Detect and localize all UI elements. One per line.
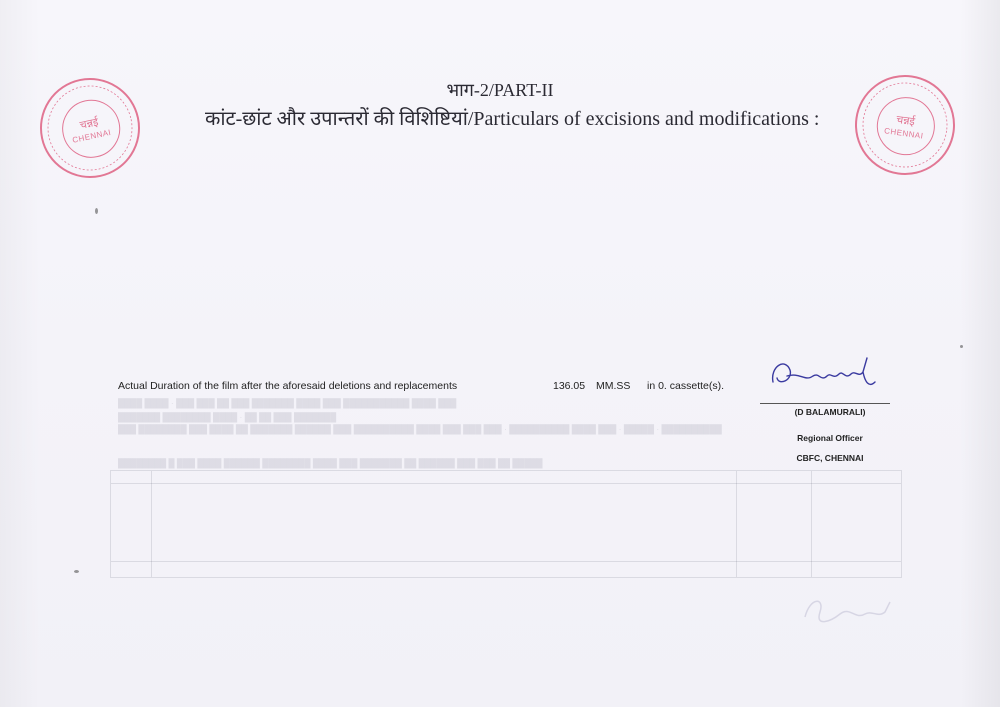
ghost-signature: [800, 592, 900, 632]
officer-signature: [765, 352, 895, 402]
cassette-count: in 0. cassette(s).: [647, 380, 724, 392]
paper-speck: [95, 208, 98, 214]
part-title: भाग-2/PART-II: [0, 78, 1000, 102]
paper-speck: [74, 570, 79, 573]
duration-unit: MM.SS: [596, 380, 630, 392]
officer-office: CBFC, CHENNAI: [770, 453, 890, 463]
paper-speck: [960, 345, 963, 348]
officer-designation: Regional Officer: [770, 433, 890, 443]
officer-name: (D BALAMURALI): [770, 407, 890, 417]
ghost-text: ███████ ████████ ████ · ██ ██ ███ ██████…: [118, 412, 336, 422]
ghost-table: [110, 470, 902, 578]
duration-label: Actual Duration of the film after the af…: [118, 380, 457, 392]
signature-line: [760, 403, 890, 404]
cbfc-seal-right: चन्नई CHENNAI: [849, 69, 962, 182]
section-subtitle: कांट-छांट और उपान्तरों की विशिष्टियां/Pa…: [205, 104, 819, 131]
duration-value: 136.05: [553, 380, 585, 392]
ghost-text: ███ ████████ ███ ████ ██ ███████ ██████ …: [118, 424, 722, 434]
ghost-text: ████ ████ · ███ ███ ██ ███ ███████ ████ …: [118, 398, 456, 408]
ghost-text: ████████ █ ███ ████ ██████ ████████ ████…: [118, 458, 543, 468]
